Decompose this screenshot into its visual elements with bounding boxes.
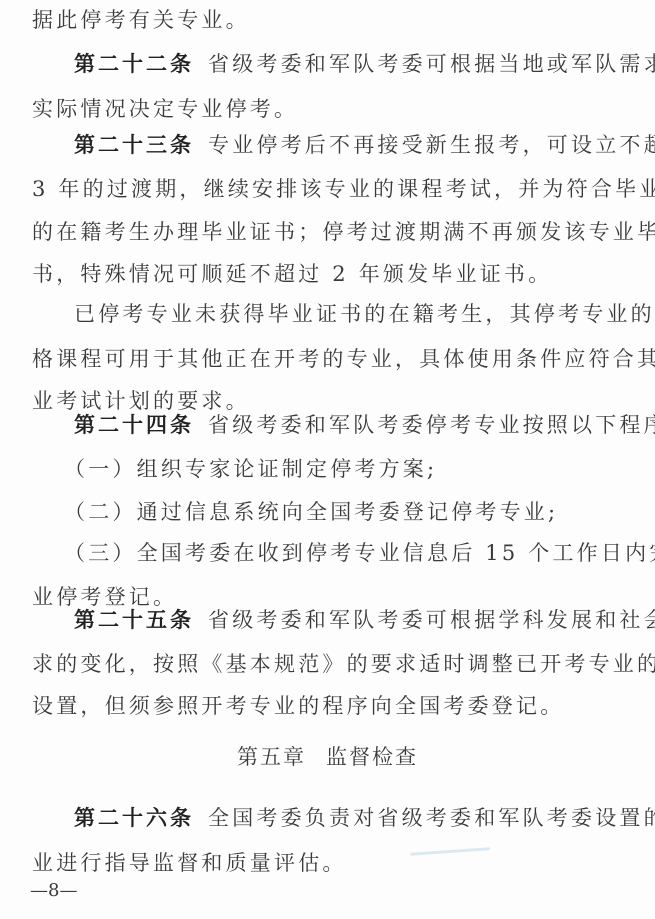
scan-smudge (410, 847, 490, 856)
text-line: 设置，但须参照开考专业的程序向全国考委登记。 (32, 694, 564, 718)
article-heading: 第二十三条 (74, 132, 194, 157)
list-item: （三）全国考委在收到停考专业信息后 15 个工作日内完成专 (64, 541, 655, 565)
article-text: 全国考委负责对省级考委和军队考委设置的专 (208, 806, 655, 830)
article-22: 第二十二条省级考委和军队考委可根据当地或军队需求的 (74, 52, 655, 76)
text-line: 业考试计划的要求。 (32, 389, 250, 413)
text-line: 据此停考有关专业。 (32, 8, 250, 32)
text-line: 书，特殊情况可顺延不超过 2 年颁发毕业证书。 (32, 262, 552, 286)
paragraph: 已停考专业未获得毕业证书的在籍考生，其停考专业的已合 (74, 302, 655, 326)
article-text: 省级考委和军队考委停考专业按照以下程序办理: (208, 413, 655, 437)
text-line: 3 年的过渡期，继续安排该专业的课程考试，并为符合毕业条件 (32, 177, 655, 201)
text-line: 求的变化，按照《基本规范》的要求适时调整已开考专业的课程 (32, 652, 655, 676)
article-heading: 第二十二条 (74, 51, 194, 76)
chapter-title: 监督检查 (326, 745, 418, 769)
chapter-number: 第五章 (237, 745, 306, 769)
article-26: 第二十六条全国考委负责对省级考委和军队考委设置的专 (74, 806, 655, 830)
article-text: 专业停考后不再接受新生报考，可设立不超过 (208, 133, 655, 157)
article-text: 省级考委和军队考委可根据学科发展和社会需 (208, 608, 655, 632)
page-number: —8— (30, 880, 77, 901)
article-heading: 第二十五条 (74, 607, 194, 632)
article-text: 省级考委和军队考委可根据当地或军队需求的 (208, 52, 655, 76)
text-line: 的在籍考生办理毕业证书；停考过渡期满不再颁发该专业毕业证 (32, 220, 655, 244)
document-page: 据此停考有关专业。 第二十二条省级考委和军队考委可根据当地或军队需求的 实际情况… (0, 0, 655, 919)
list-item: （一）组织专家论证制定停考方案; (64, 457, 437, 481)
article-23: 第二十三条专业停考后不再接受新生报考，可设立不超过 (74, 133, 655, 157)
text-line: 业进行指导监督和质量评估。 (32, 851, 347, 875)
chapter-heading: 第五章监督检查 (0, 745, 655, 769)
article-25: 第二十五条省级考委和军队考委可根据学科发展和社会需 (74, 608, 655, 632)
text-line: 实际情况决定专业停考。 (32, 97, 298, 121)
text-line: 格课程可用于其他正在开考的专业，具体使用条件应符合其他专 (32, 347, 655, 371)
article-24: 第二十四条省级考委和军队考委停考专业按照以下程序办理: (74, 413, 655, 437)
text-line: 业停考登记。 (32, 585, 177, 609)
article-heading: 第二十六条 (74, 805, 194, 830)
list-item: （二）通过信息系统向全国考委登记停考专业; (64, 500, 558, 524)
article-heading: 第二十四条 (74, 412, 194, 437)
